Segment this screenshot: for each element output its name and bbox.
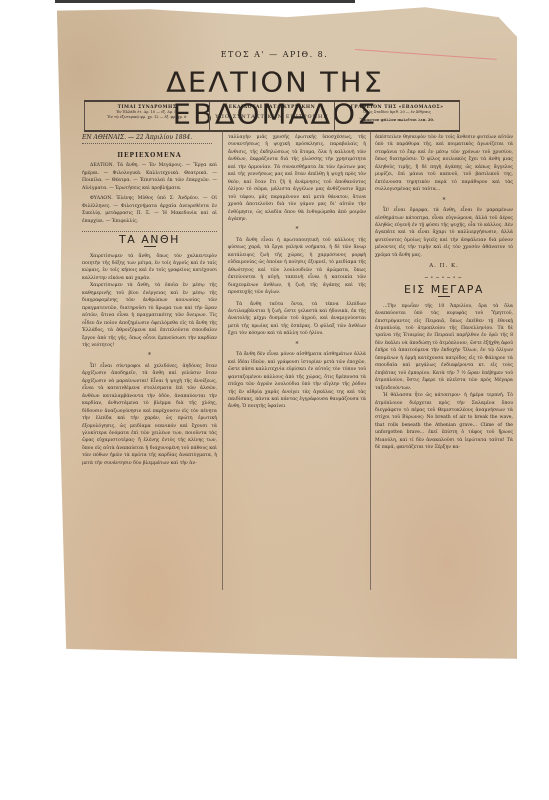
section-star: * [228,226,366,233]
issue-line: ΕΤΟΣ Α' — ΑΡΙΘ. 8. [0,50,549,59]
issue-price: Ἕκαστον φύλλον πωλεῖται λεπ. 20. [335,118,459,123]
column-1: ΠΕΡΙΕΧΟΜΕΝΑ ΔΕΛΤΙΟΝ. Τὰ ἄνθη. — Ἐν Μεγάρ… [82,150,217,588]
divider [82,231,217,232]
publication-box: ΕΚΔΙΔΟΤΑΙ ΚΑΤΑ ΚΥΡΙΑΚΗΝ ΥΠΟ ΣΥΝΤΑΚΤΙΚΗΝ … [209,102,334,130]
office-address: Ὁδὸς Σταδίου ἀριθ. 20 — ἐν Ἀθήναις [335,110,459,115]
section-star: * [228,341,366,348]
subscription-box: ΤΙΜΑΙ ΣΥΝΔΡΟΜΗΣ Ἐν Ἑλλάδι ἐτ. Δρ. 10 — ἑ… [84,102,209,130]
article-paragraph: Χαιρετίσωμεν τὰ ἄνθη, ὅπως τὸν χαλκεντερ… [82,253,217,283]
article-paragraph: ταλλαγὴν μιᾶς χρυσῆς ἐρωτικῆς ὑποσχέσεως… [228,134,366,223]
contents-paragraph: ΔΕΛΤΙΟΝ. Τὰ ἄνθη. — Ἐν Μεγάροις. — Ἔργα … [82,162,217,192]
article-paragraph: Τὰ ἄνθη ταῦτα ὅντα, τὰ τέκνα ἐλπίδων ἀντ… [228,301,366,338]
article-signature: Α. Π. Κ. [375,263,513,270]
date-line: ΕΝ ΑΘΗΝΑΙΣ. — 22 Ἀπριλίου 1884. [82,134,212,144]
publication-motto: ΥΠΟ ΣΥΝΤΑΚΤΙΚΗΝ ΕΠΙΤΡΟΠΗΝ [210,114,334,120]
section-star: * [82,352,217,359]
article-paragraph: Ὦ! εἶναι ὄμορφα, τὰ ἄνθη, εἶναι ἐν μαραμ… [375,207,513,259]
scanner-edge-bar [55,0,355,3]
article-paragraph: ...Τὴν πρωΐαν τῆς 10 Ἀπριλίου, ὅρα τὰ ὅλ… [375,303,513,392]
article-paragraph: Τὰ ἄνθη δὲν εἶναι μόνον αἰσθήματα αἰσθημ… [228,351,366,411]
article-paragraph: Τὰ ἄνθη εἶναι ἡ πρωτοποιητικὴ τοῦ κάλλου… [228,237,366,297]
article-paragraph: Ἡ θάλασσα ἦτο ὡς κάτοπτρον· ἡ ἡμέρα τερπ… [375,392,513,452]
masthead-info-bar: ΤΙΜΑΙ ΣΥΝΔΡΟΜΗΣ Ἐν Ἑλλάδι ἐτ. Δρ. 10 — ἑ… [84,100,460,132]
office-box: ΓΡΑΦΕΙΟΝ ΤΗΣ «ΕΒΔΟΜΑΔΟΣ» Ὁδὸς Σταδίου ἀρ… [334,102,460,130]
article-title: ΕΙΣ ΜΕΓΑΡΑ [375,286,513,293]
contents-heading: ΠΕΡΙΕΧΟΜΕΝΑ [82,152,217,159]
contents-paragraph: ΦΥΛΛΟΝ. Ἐλένης Μῦθος ὑπὸ Σ. Ἀνδρέου. — Ο… [82,195,217,225]
subscription-line-2: Ἐν τῷ ἐξωτερικῷ φρ. χρ. 12 — ἑξ. φρ. χρ.… [85,115,209,120]
column-2: ταλλαγὴν μιᾶς χρυσῆς ἐρωτικῆς ὑποσχέσεως… [228,134,366,588]
column-rule-1 [222,130,223,590]
ornament-divider: ~•~•~•~ [375,275,513,282]
article-paragraph: Χαιρετίσωμεν τὰ ἄνθη, τὰ ὁποῖα ἐν μέσῳ τ… [82,282,217,349]
article-paragraph: ἀπέστειλεν θησαυρὸν τῶν ἐν τοῖς ἄνθεσιν … [375,134,513,194]
section-star: * [375,197,513,204]
column-3: ἀπέστειλεν θησαυρὸν τῶν ἐν τοῖς ἄνθεσιν … [375,134,513,588]
publication-heading: ΕΚΔΙΔΟΤΑΙ ΚΑΤΑ ΚΥΡΙΑΚΗΝ [210,105,334,110]
article-title: ΤΑ ΑΝΘΗ [82,236,217,243]
article-paragraph: Ὦ! εἶναι σύντροφοι αἱ χελιδόνες, ἀηδόνες… [82,363,217,467]
column-rule-2 [370,130,371,590]
